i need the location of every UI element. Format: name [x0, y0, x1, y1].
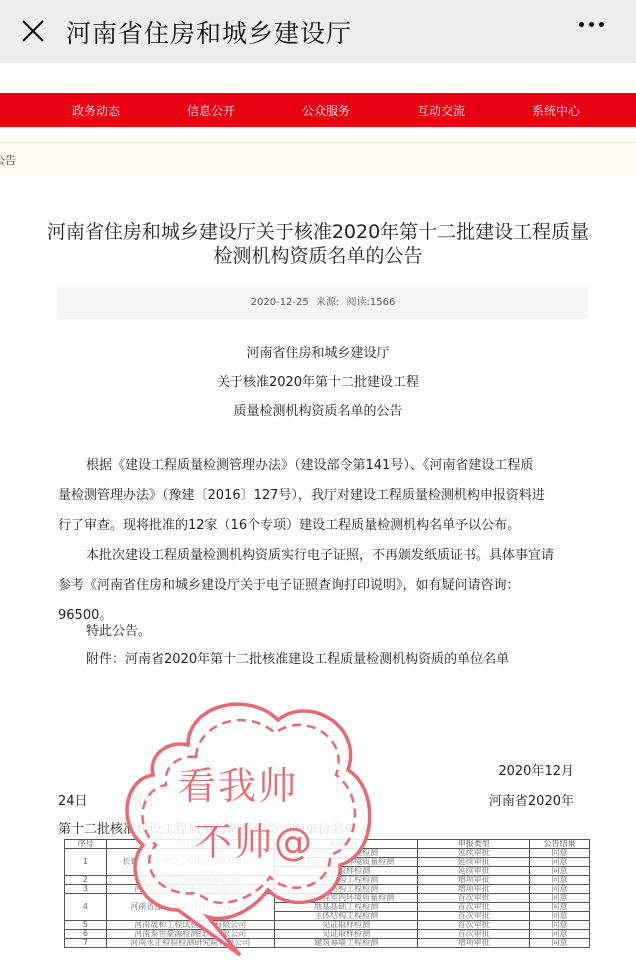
- cell-result: 同意: [530, 849, 590, 858]
- cell-no: 4: [65, 894, 107, 921]
- cell-result: 同意: [530, 894, 590, 903]
- table-row: 1 长葛市宏大建设工程质量检测有限公司 主体结构工程检测 延续审批 同意: [65, 849, 590, 858]
- cell-type: 延续审批: [418, 849, 530, 858]
- cell-type: 增项审批: [418, 885, 530, 894]
- col-header-type: 申报类型: [418, 840, 530, 849]
- cell-type: 增项审批: [418, 939, 530, 948]
- attachment-link[interactable]: 附件：河南省2020年第十二批核准建设工程质量检测机构资质的单位名单: [58, 645, 588, 675]
- cell-result: 同意: [530, 939, 590, 948]
- para-line: 行了审查。现将批准的12家（16个专项）建设工程质量检测机构名单予以公布。: [58, 511, 588, 541]
- cell-type: 首次审批: [418, 894, 530, 903]
- cell-item: 地基基础工程检测: [274, 903, 418, 912]
- para-line: 特此公告。: [58, 617, 588, 647]
- cell-item: 见证取样检测: [274, 867, 418, 876]
- breadcrumb-text[interactable]: 公告: [0, 152, 16, 168]
- cell-type: 首次审批: [418, 921, 530, 930]
- cell-result: 同意: [530, 885, 590, 894]
- table-caption: 第十二批核准建设工程质量检测机构资质的单位名单: [58, 818, 357, 837]
- cell-item: 建筑幕墙工程检测: [274, 939, 418, 948]
- cell-name: 河南省豫华建设工程检测有限公司: [106, 894, 274, 921]
- table-title-start: 河南省2020年: [489, 790, 574, 809]
- main-nav: 政务动态 信息公开 公众服务 互动交流 系统中心: [0, 93, 636, 127]
- cell-type: 延续审批: [418, 867, 530, 876]
- cell-name: 河南泰世豪源检测技术有限公司: [106, 930, 274, 939]
- col-header-result: 公告结果: [530, 840, 590, 849]
- cell-no: 6: [65, 930, 107, 939]
- sticker-text-line1: 看我帅: [178, 755, 298, 810]
- cell-result: 同意: [530, 867, 590, 876]
- publish-date: 2020-12-25: [251, 297, 309, 308]
- nav-item-info-disclosure[interactable]: 信息公开: [187, 102, 235, 119]
- cell-item: 主体结构工程检测: [274, 849, 418, 858]
- cell-no: 3: [65, 885, 107, 894]
- source-label: 来源:: [316, 297, 339, 308]
- article-title: 河南省住房和城乡建设厅关于核准2020年第十二批建设工程质量检测机构资质名单的公…: [40, 220, 596, 268]
- close-icon: [20, 16, 46, 46]
- cell-result: 同意: [530, 876, 590, 885]
- cell-result: 同意: [530, 921, 590, 930]
- more-dots-icon: [599, 22, 604, 27]
- cell-name: 河南华健工程检测有限公司: [106, 876, 274, 885]
- cell-result: 同意: [530, 912, 590, 921]
- cell-name: 河南永正检验检测研究院有限公司: [106, 939, 274, 948]
- table-row: 3 河南三合建设工程检测有限公司 主体结构工程检测 增项审批 同意: [65, 885, 590, 894]
- attachment-label: 附件: [130, 790, 156, 809]
- cell-item: 见证取样检测: [274, 930, 418, 939]
- para-line: 根据《建设工程质量检测管理办法》（建设部令第141号）、《河南省建设工程质: [58, 451, 588, 481]
- cell-name: 长葛市宏大建设工程质量检测有限公司: [106, 849, 274, 876]
- cell-item: 建筑工程室内环境质量检测: [274, 894, 418, 903]
- sub-heading-title: 质量检测机构资质名单的公告: [0, 400, 636, 419]
- article-meta: 2020-12-25 来源: 阅读:1566: [58, 287, 588, 319]
- cell-item: 主体结构工程检测: [274, 885, 418, 894]
- issue-day: 24日: [58, 790, 88, 809]
- cell-type: 首次审批: [418, 930, 530, 939]
- nav-item-system-center[interactable]: 系统中心: [532, 102, 580, 119]
- cell-item: 主体结构工程检测: [274, 912, 418, 921]
- cell-result: 同意: [530, 903, 590, 912]
- table-row: 7 河南永正检验检测研究院有限公司 建筑幕墙工程检测 增项审批 同意: [65, 939, 590, 948]
- col-header-name: 单位名称: [106, 840, 274, 849]
- sub-heading-issuer: 河南省住房和城乡建设厅: [0, 342, 636, 361]
- more-options-button[interactable]: [579, 22, 604, 27]
- nav-item-interaction[interactable]: 互动交流: [417, 102, 465, 119]
- sub-heading-subject: 关于核准2020年第十二批建设工程: [0, 371, 636, 390]
- app-top-bar: 河南省住房和城乡建设厅: [0, 0, 636, 63]
- para-line: 量检测管理办法》（豫建〔2016〕127号），我厅对建设工程质量检测机构申报资料…: [58, 481, 588, 511]
- cell-type: 延续审批: [418, 858, 530, 867]
- cell-no: 5: [65, 921, 107, 930]
- cell-type: 首次审批: [418, 903, 530, 912]
- table-row: 2 河南华健工程检测有限公司 主体结构工程检测 增项审批 同意: [65, 876, 590, 885]
- more-dots-icon: [589, 22, 594, 27]
- cell-result: 同意: [530, 930, 590, 939]
- view-count: 阅读:1566: [347, 297, 396, 308]
- table-row: 5 河南晟和工程试验检测有限公司 见证取样检测 首次审批 同意: [65, 921, 590, 930]
- page-title: 河南省住房和城乡建设厅: [66, 14, 352, 50]
- cell-name: 河南晟和工程试验检测有限公司: [106, 921, 274, 930]
- cell-no: 2: [65, 876, 107, 885]
- cell-item: 见证取样检测: [274, 921, 418, 930]
- cell-name: 河南三合建设工程检测有限公司: [106, 885, 274, 894]
- para-line: 本批次建设工程质量检测机构资质实行电子证照，不再颁发纸质证书。具体事宜请: [58, 541, 588, 571]
- cell-item: 主体结构工程检测: [274, 876, 418, 885]
- close-button[interactable]: [20, 16, 46, 46]
- cell-type: 增项审批: [418, 876, 530, 885]
- more-dots-icon: [579, 22, 584, 27]
- col-header-item: 检测项目: [274, 840, 418, 849]
- closing-text: 特此公告。: [58, 617, 588, 647]
- breadcrumb-bar: 公告: [0, 142, 636, 176]
- col-header-no: 序号: [65, 840, 107, 849]
- table-header-row: 序号 单位名称 检测项目 申报类型 公告结果: [65, 840, 590, 849]
- cell-no: 7: [65, 939, 107, 948]
- cell-item: 建筑工程室内环境质量检测: [274, 858, 418, 867]
- cell-result: 同意: [530, 858, 590, 867]
- cell-no: 1: [65, 849, 107, 876]
- attachment-text: 附件：河南省2020年第十二批核准建设工程质量检测机构资质的单位名单: [58, 645, 588, 675]
- nav-item-public-service[interactable]: 公众服务: [302, 102, 350, 119]
- para-line: 参考《河南省住房和城乡建设厅关于电子证照查询打印说明》，如有疑问请咨询：: [58, 571, 588, 601]
- table-row: 6 河南泰世豪源检测技术有限公司 见证取样检测 首次审批 同意: [65, 930, 590, 939]
- nav-item-government-news[interactable]: 政务动态: [72, 102, 120, 119]
- issue-date: 2020年12月: [498, 760, 574, 779]
- table-row: 4 河南省豫华建设工程检测有限公司 建筑工程室内环境质量检测 首次审批 同意: [65, 894, 590, 903]
- cell-type: 首次审批: [418, 912, 530, 921]
- paragraph-basis: 根据《建设工程质量检测管理办法》（建设部令第141号）、《河南省建设工程质 量检…: [58, 451, 588, 541]
- approval-table: 序号 单位名称 检测项目 申报类型 公告结果 1 长葛市宏大建设工程质量检测有限…: [64, 839, 590, 948]
